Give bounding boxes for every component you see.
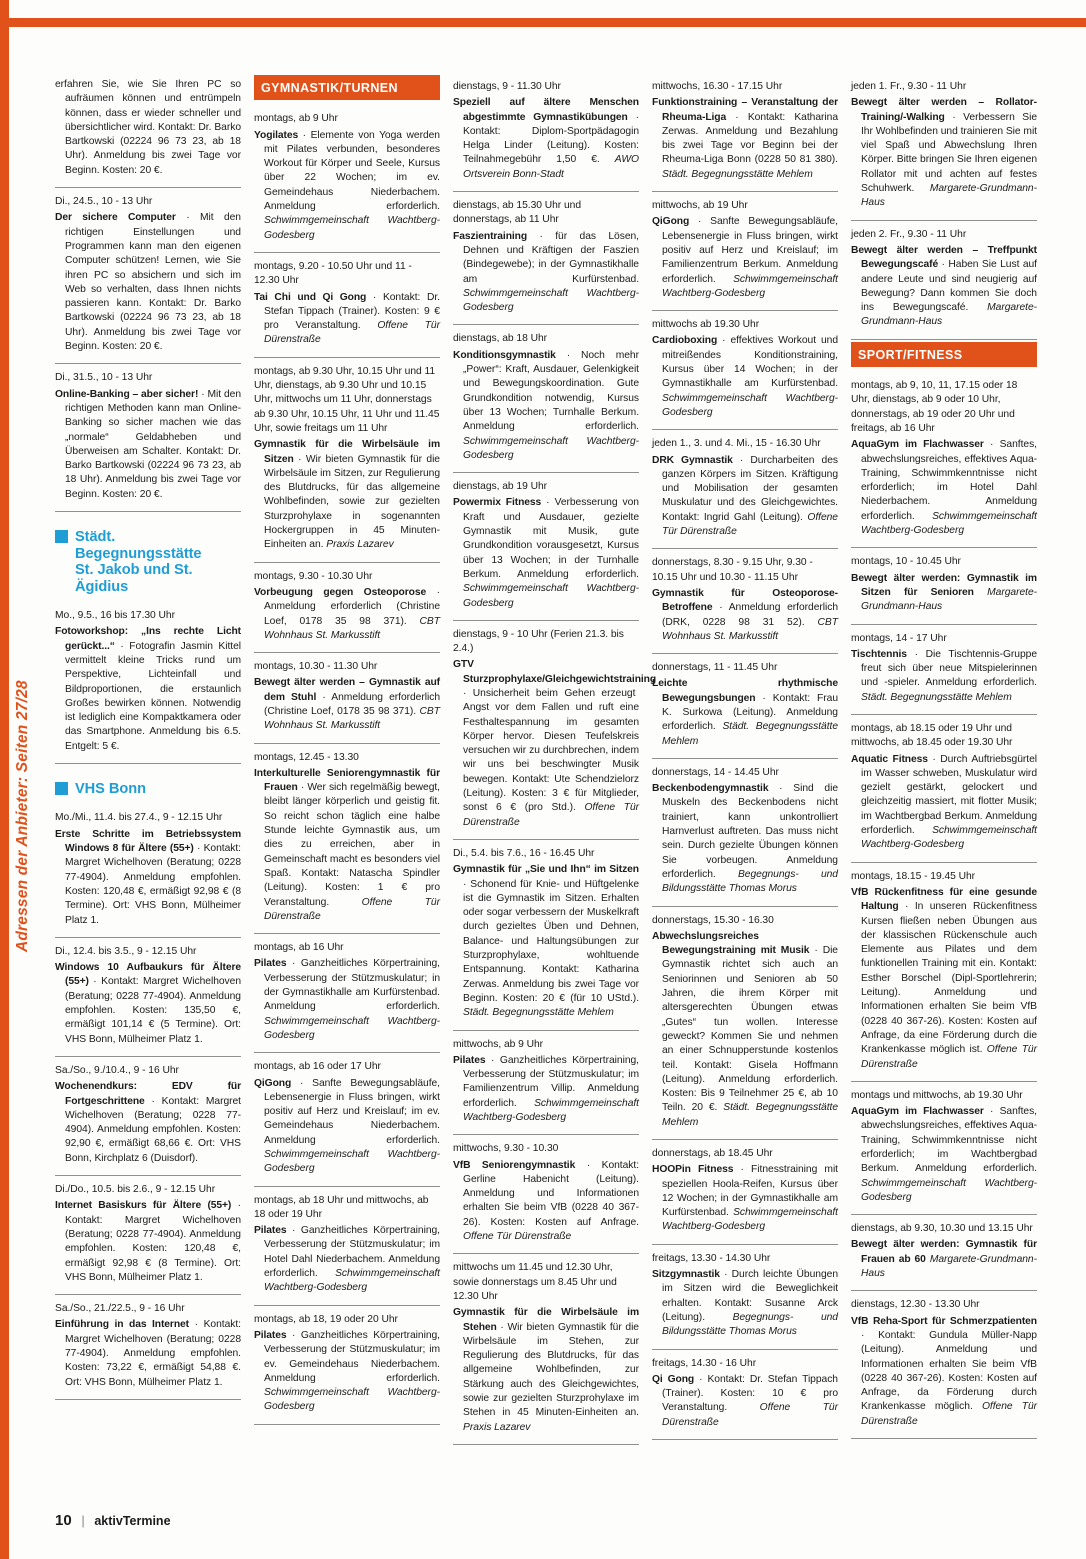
entry-body: · Wir bieten Gymnastik für die Wirbelsäu… xyxy=(463,1322,639,1419)
date-line: montags, ab 16 Uhr xyxy=(254,941,440,955)
entry-title: Pilates xyxy=(254,1225,287,1236)
date-line: Sa./So., 9./10.4., 9 - 16 Uhr xyxy=(55,1064,241,1078)
entry-title: AquaGym im Flachwasser xyxy=(851,1106,984,1117)
date-line: montags, 10 - 10.45 Uhr xyxy=(851,555,1037,569)
entry-paragraph: Speziell auf ältere Menschen abgestimmte… xyxy=(453,96,639,182)
text-column-4: mittwochs, 16.30 - 17.15 UhrFunktionstra… xyxy=(652,73,838,1507)
list-item: montags, ab 16 UhrPilates · Ganzheitlich… xyxy=(254,934,440,1053)
date-line: montags, 12.45 - 13.30 xyxy=(254,751,440,765)
page-top-bar xyxy=(0,18,1086,27)
list-item: Di., 5.4. bis 7.6., 16 - 16.45 UhrGymnas… xyxy=(453,840,639,1031)
date-line: montags, ab 9, 10, 11, 17.15 oder 18 Uhr… xyxy=(851,379,1037,436)
category-header: SPORT/FITNESS xyxy=(851,342,1037,367)
text-column-5: jeden 1. Fr., 9.30 - 11 UhrBewegt älter … xyxy=(851,73,1037,1507)
section-header-label: Städt. Begegnungsstätte St. Jakob und St… xyxy=(75,529,241,595)
entry-paragraph: Faszientraining · für das Lösen, Dehnen … xyxy=(453,230,639,316)
entry-body: · Sanfte Bewegungsabläufe, Lebensenergie… xyxy=(264,1078,440,1146)
entry-title: Einführung in das Internet xyxy=(55,1319,189,1330)
entry-venue: Schwimmgemeinschaft Wachtberg-Godesberg xyxy=(463,288,639,313)
entry-venue: Schwimmgemeinschaft Wachtberg-Godesberg xyxy=(264,1016,440,1041)
entry-paragraph: Cardioboxing · effektives Workout und mi… xyxy=(652,334,838,420)
list-item: montags, 18.15 - 19.45 UhrVfB Rückenfitn… xyxy=(851,863,1037,1082)
entry-paragraph: VfB Rückenfitness für eine gesunde Haltu… xyxy=(851,886,1037,1072)
date-line: Mo./Mi., 11.4. bis 27.4., 9 - 12.15 Uhr xyxy=(55,811,241,825)
entry-body: · Wer sich regelmäßig bewegt, bleibt län… xyxy=(264,782,440,907)
entry-paragraph: AquaGym im Flachwasser · Sanftes, abwech… xyxy=(851,1105,1037,1205)
date-line: montags, ab 16 oder 17 Uhr xyxy=(254,1060,440,1074)
list-item: mittwochs ab 19.30 UhrCardioboxing · eff… xyxy=(652,311,838,430)
list-item: montags, 14 - 17 UhrTischtennis · Die Ti… xyxy=(851,625,1037,715)
text-column-3: dienstags, 9 - 11.30 UhrSpeziell auf ält… xyxy=(453,73,639,1507)
entry-title: Sitzgymnastik xyxy=(652,1269,720,1280)
entry-paragraph: Vorbeugung gegen Osteoporose · Anmeldung… xyxy=(254,586,440,643)
entry-venue: Städt. Begegnungsstätte Mehlem xyxy=(662,169,813,180)
entry-venue: Städt. Begegnungsstätte Mehlem xyxy=(861,692,1012,703)
entry-paragraph: Beckenbodengymnastik · Sind die Muskeln … xyxy=(652,782,838,896)
entry-paragraph: Fotoworkshop: „Ins rechte Licht gerückt.… xyxy=(55,625,241,754)
entry-paragraph: Aquatic Fitness · Durch Auftriebsgürtel … xyxy=(851,753,1037,853)
entry-title: Aquatic Fitness xyxy=(851,754,928,765)
date-line: mittwochs um 11.45 und 12.30 Uhr, sowie … xyxy=(453,1261,639,1304)
entry-body: · Fotografin Jasmin Kittel vermittelt kl… xyxy=(65,641,241,752)
entry-paragraph: Erste Schritte im Betriebssystem Windows… xyxy=(55,828,241,928)
entry-venue: Schwimmgemeinschaft Wachtberg-Godesberg xyxy=(264,215,440,240)
entry-paragraph: GTV Sturzprophylaxe/Gleichgewichtstraini… xyxy=(453,658,639,830)
list-item: donnerstags, ab 18.45 UhrHOOPin Fitness … xyxy=(652,1140,838,1245)
entry-paragraph: Einführung in das Internet · Kontakt: Ma… xyxy=(55,1318,241,1389)
entry-body: · Ganzheitliches Körpertraining, Verbess… xyxy=(264,958,440,1012)
date-line: dienstags, ab 18 Uhr xyxy=(453,332,639,346)
list-item: montags, ab 9, 10, 11, 17.15 oder 18 Uhr… xyxy=(851,372,1037,548)
entry-body: · Verbesserung von Kraft und Ausdauer, g… xyxy=(463,497,639,579)
date-line: donnerstags, 11 - 11.45 Uhr xyxy=(652,661,838,675)
category-header: GYMNASTIK/TURNEN xyxy=(254,75,440,100)
entry-paragraph: Gymnastik für die Wirbelsäule im Stehen … xyxy=(453,1306,639,1435)
list-item: Sa./So., 9./10.4., 9 - 16 UhrWochenendku… xyxy=(55,1057,241,1176)
entry-body: · Kontakt: Margret Wichelhoven (Beratung… xyxy=(65,843,241,925)
list-item: montags, ab 16 oder 17 UhrQiGong · Sanft… xyxy=(254,1053,440,1186)
entry-body: · Ganzheitliches Körpertraining, Verbess… xyxy=(264,1330,440,1384)
list-item: freitags, 14.30 - 16 UhrQi Gong · Kontak… xyxy=(652,1350,838,1440)
list-item: dienstags, ab 15.30 Uhr und donnerstags,… xyxy=(453,192,639,325)
entry-paragraph: Tai Chi und Qi Gong · Kontakt: Dr. Stefa… xyxy=(254,291,440,348)
entry-paragraph: Wochenendkurs: EDV für Fortgeschrittene … xyxy=(55,1080,241,1166)
sidebar-vertical-note: Adressen der Anbieter: Seiten 27/28 xyxy=(14,680,32,952)
entry-title: Powermix Fitness xyxy=(453,497,541,508)
entry-paragraph: Pilates · Ganzheitliches Körpertraining,… xyxy=(254,1224,440,1295)
entry-body: · Kontakt: Margret Wichelhoven (Beratung… xyxy=(65,1200,241,1282)
entry-body: · Sanftes, abwechslungsreiches, effektiv… xyxy=(861,439,1037,521)
entry-venue: Offene Tür Dürenstraße xyxy=(463,1231,571,1242)
list-item: montags und mittwochs, ab 19.30 UhrAquaG… xyxy=(851,1082,1037,1215)
date-line: Di., 31.5., 10 - 13 Uhr xyxy=(55,371,241,385)
entry-paragraph: Windows 10 Aufbaukurs für Ältere (55+) ·… xyxy=(55,961,241,1047)
list-item: Di., 31.5., 10 - 13 UhrOnline-Banking – … xyxy=(55,364,241,512)
entry-paragraph: QiGong · Sanfte Bewegungsabläufe, Lebens… xyxy=(254,1077,440,1177)
entry-title: Qi Gong xyxy=(652,1374,694,1385)
list-item: jeden 1. Fr., 9.30 - 11 UhrBewegt älter … xyxy=(851,73,1037,221)
entry-paragraph: Yogilates · Elemente von Yoga werden mit… xyxy=(254,129,440,243)
list-item: donnerstags, 14 - 14.45 UhrBeckenbodengy… xyxy=(652,759,838,907)
date-line: montags, 9.20 - 10.50 Uhr und 11 - 12.30… xyxy=(254,260,440,289)
list-item: jeden 2. Fr., 9.30 - 11 UhrBewegt älter … xyxy=(851,221,1037,340)
entry-title: Konditionsgymnastik xyxy=(453,350,556,361)
entry-body: · Elemente von Yoga werden mit Pilates v… xyxy=(264,130,440,212)
entry-venue: Schwimmgemeinschaft Wachtberg-Godesberg xyxy=(463,583,639,608)
list-item: montags, ab 18, 19 oder 20 UhrPilates · … xyxy=(254,1306,440,1425)
entry-paragraph: QiGong · Sanfte Bewegungsabläufe, Lebens… xyxy=(652,215,838,301)
date-line: mittwochs, 16.30 - 17.15 Uhr xyxy=(652,80,838,94)
entry-venue: Praxis Lazarev xyxy=(326,539,393,550)
entry-title: Online-Banking – aber sicher! xyxy=(55,389,198,400)
date-line: Di., 12.4. bis 3.5., 9 - 12.15 Uhr xyxy=(55,945,241,959)
entry-body: · Durch Auftriebsgürtel im Wasser schweb… xyxy=(861,754,1037,836)
date-line: jeden 2. Fr., 9.30 - 11 Uhr xyxy=(851,228,1037,242)
date-line: dienstags, ab 9.30, 10.30 und 13.15 Uhr xyxy=(851,1222,1037,1236)
page-left-edge-bar xyxy=(0,0,9,1559)
date-line: montags, ab 9 Uhr xyxy=(254,112,440,126)
entry-paragraph: Sitzgymnastik · Durch leichte Übungen im… xyxy=(652,1268,838,1339)
date-line: Di./Do., 10.5. bis 2.6., 9 - 12.15 Uhr xyxy=(55,1183,241,1197)
entry-body: · Mit den richtigen Methoden kann man On… xyxy=(65,389,241,500)
entry-title: QiGong xyxy=(254,1078,291,1089)
list-item: donnerstags, 8.30 - 9.15 Uhr, 9.30 - 10.… xyxy=(652,549,838,654)
list-item: montags, 12.45 - 13.30Interkulturelle Se… xyxy=(254,744,440,935)
entry-title: Beckenbodengymnastik xyxy=(652,783,768,794)
list-item: montags, ab 18 Uhr und mittwochs, ab 18 … xyxy=(254,1187,440,1306)
date-line: montags, ab 18, 19 oder 20 Uhr xyxy=(254,1313,440,1327)
list-item: mittwochs, 16.30 - 17.15 UhrFunktionstra… xyxy=(652,73,838,192)
list-item: mittwochs, 9.30 - 10.30VfB Seniorengymna… xyxy=(453,1135,639,1254)
entry-paragraph: Pilates · Ganzheitliches Körpertraining,… xyxy=(453,1054,639,1125)
entry-paragraph: HOOPin Fitness · Fitnesstraining mit spe… xyxy=(652,1163,838,1234)
entry-title: VfB Reha-Sport für Schmerzpatienten xyxy=(851,1316,1037,1327)
date-line: montags, 10.30 - 11.30 Uhr xyxy=(254,660,440,674)
date-line: dienstags, ab 19 Uhr xyxy=(453,480,639,494)
footer-separator: | xyxy=(81,1513,84,1528)
entry-body: · Noch mehr „Power“: Kraft, Ausdauer, Ge… xyxy=(463,350,639,432)
entry-body: · Schonend für Knie- und Hüftgelenke ist… xyxy=(463,879,639,1004)
list-item: donnerstags, 15.30 - 16.30Abwechslungsre… xyxy=(652,907,838,1140)
entry-title: Internet Basiskurs für Ältere (55+) xyxy=(55,1200,231,1211)
section-header: VHS Bonn xyxy=(55,781,241,798)
entry-title: Pilates xyxy=(453,1055,486,1066)
date-line: montags, ab 18.15 oder 19 Uhr und mittwo… xyxy=(851,722,1037,751)
date-line: dienstags, ab 15.30 Uhr und donnerstags,… xyxy=(453,199,639,228)
entry-body: · Verbessern Sie Ihr Wohlbefinden und tr… xyxy=(861,112,1037,194)
list-item: erfahren Sie, wie Sie Ihren PC so aufräu… xyxy=(55,73,241,188)
date-line: Sa./So., 21./22.5., 9 - 16 Uhr xyxy=(55,1302,241,1316)
entry-paragraph: Gymnastik für Osteoporose-Betroffene · A… xyxy=(652,587,838,644)
entry-paragraph: Der sichere Computer · Mit den richtigen… xyxy=(55,211,241,354)
text-column-1: erfahren Sie, wie Sie Ihren PC so aufräu… xyxy=(55,73,241,1507)
date-line: montags, ab 18 Uhr und mittwochs, ab 18 … xyxy=(254,1194,440,1223)
entry-paragraph: Leichte rhythmische Bewegungsbungen · Ko… xyxy=(652,677,838,748)
entry-paragraph: Funktionstraining – Veranstaltung der Rh… xyxy=(652,96,838,182)
list-item: mittwochs, ab 19 UhrQiGong · Sanfte Bewe… xyxy=(652,192,838,311)
entry-paragraph: DRK Gymnastik · Durcharbeiten des ganzen… xyxy=(652,454,838,540)
date-line: montags, 14 - 17 Uhr xyxy=(851,632,1037,646)
entry-body: · Kontakt: Margret Wichelhoven (Beratung… xyxy=(65,976,241,1044)
entry-paragraph: Pilates · Ganzheitliches Körpertraining,… xyxy=(254,1329,440,1415)
list-item: Di., 24.5., 10 - 13 UhrDer sichere Compu… xyxy=(55,188,241,364)
date-line: mittwochs, ab 9 Uhr xyxy=(453,1038,639,1052)
entry-title: Gymnastik für „Sie und Ihn“ im Sitzen xyxy=(453,864,639,875)
list-item: montags, 10 - 10.45 UhrBewegt älter werd… xyxy=(851,548,1037,624)
entry-paragraph: Bewegt älter werden: Gymnastik im Sitzen… xyxy=(851,572,1037,615)
entry-paragraph: Tischtennis · Die Tischtennis-Gruppe fre… xyxy=(851,648,1037,705)
list-item: dienstags, 9 - 11.30 UhrSpeziell auf ält… xyxy=(453,73,639,192)
date-line: dienstags, 9 - 10 Uhr (Ferien 21.3. bis … xyxy=(453,628,639,657)
date-line: donnerstags, 14 - 14.45 Uhr xyxy=(652,766,838,780)
entry-body: · Unsicherheit beim Gehen erzeugt Angst … xyxy=(463,688,639,813)
date-line: Di., 5.4. bis 7.6., 16 - 16.45 Uhr xyxy=(453,847,639,861)
entry-paragraph: Bewegt älter werden – Gymnastik auf dem … xyxy=(254,676,440,733)
entry-paragraph: Abwechslungsreiches Bewegungstraining mi… xyxy=(652,930,838,1130)
entry-body: · Sind die Muskeln des Beckenbodens nich… xyxy=(662,783,838,880)
date-line: mittwochs, ab 19 Uhr xyxy=(652,199,838,213)
entry-title: AquaGym im Flachwasser xyxy=(851,439,984,450)
date-line: dienstags, 12.30 - 13.30 Uhr xyxy=(851,1298,1037,1312)
date-line: mittwochs, 9.30 - 10.30 xyxy=(453,1142,639,1156)
list-item: Di., 12.4. bis 3.5., 9 - 12.15 UhrWindow… xyxy=(55,938,241,1057)
entry-venue: Praxis Lazarev xyxy=(463,1422,530,1433)
entry-title: Pilates xyxy=(254,1330,287,1341)
date-line: freitags, 14.30 - 16 Uhr xyxy=(652,1357,838,1371)
date-line: Di., 24.5., 10 - 13 Uhr xyxy=(55,195,241,209)
list-item: Sa./So., 21./22.5., 9 - 16 UhrEinführung… xyxy=(55,1295,241,1400)
date-line: Mo., 9.5., 16 bis 17.30 Uhr xyxy=(55,609,241,623)
list-item: dienstags, ab 19 UhrPowermix Fitness · V… xyxy=(453,473,639,621)
entry-paragraph: Bewegt älter werden: Gymnastik für Fraue… xyxy=(851,1238,1037,1281)
list-item: mittwochs, ab 9 UhrPilates · Ganzheitlic… xyxy=(453,1031,639,1136)
date-line: freitags, 13.30 - 14.30 Uhr xyxy=(652,1252,838,1266)
columns-container: erfahren Sie, wie Sie Ihren PC so aufräu… xyxy=(55,73,1040,1507)
entry-paragraph: AquaGym im Flachwasser · Sanftes, abwech… xyxy=(851,438,1037,538)
date-line: montags und mittwochs, ab 19.30 Uhr xyxy=(851,1089,1037,1103)
entry-body: · Mit den richtigen Einstellungen und Pr… xyxy=(65,212,241,352)
entry-paragraph: Gymnastik für die Wirbelsäule im Sitzen … xyxy=(254,438,440,552)
list-item: montags, 9.20 - 10.50 Uhr und 11 - 12.30… xyxy=(254,253,440,358)
entry-title: HOOPin Fitness xyxy=(652,1164,733,1175)
entry-title: Yogilates xyxy=(254,130,298,141)
entry-body: · In unseren Rückenfitness Kursen fließe… xyxy=(861,901,1037,1055)
list-item: dienstags, ab 18 UhrKonditionsgymnastik … xyxy=(453,325,639,473)
list-item: freitags, 13.30 - 14.30 UhrSitzgymnastik… xyxy=(652,1245,838,1350)
entry-title: Der sichere Computer xyxy=(55,212,176,223)
list-item: dienstags, ab 9.30, 10.30 und 13.15 UhrB… xyxy=(851,1215,1037,1291)
footer-page-number: 10 xyxy=(55,1512,72,1529)
list-item: montags, ab 9 UhrYogilates · Elemente vo… xyxy=(254,105,440,253)
date-line: mittwochs ab 19.30 Uhr xyxy=(652,318,838,332)
entry-paragraph: VfB Seniorengymnastik · Kontakt: Gerline… xyxy=(453,1159,639,1245)
entry-title: Vorbeugung gegen Osteoporose xyxy=(254,587,426,598)
text-column-2: GYMNASTIK/TURNENmontags, ab 9 UhrYogilat… xyxy=(254,73,440,1507)
section-header: Städt. Begegnungsstätte St. Jakob und St… xyxy=(55,529,241,595)
entry-paragraph: Interkulturelle Seniorengymnastik für Fr… xyxy=(254,767,440,924)
entry-title: GTV Sturzprophylaxe/Gleichgewichtstraini… xyxy=(453,659,656,684)
entry-venue: Schwimmgemeinschaft Wachtberg-Godesberg xyxy=(861,1178,1037,1203)
entry-venue: Schwimmgemeinschaft Wachtberg-Godesberg xyxy=(264,1149,440,1174)
list-item: donnerstags, 11 - 11.45 UhrLeichte rhyth… xyxy=(652,654,838,759)
entry-title: Tai Chi und Qi Gong xyxy=(254,292,366,303)
date-line: montags, 9.30 - 10.30 Uhr xyxy=(254,570,440,584)
section-bullet-icon xyxy=(55,530,68,543)
date-line: jeden 1. Fr., 9.30 - 11 Uhr xyxy=(851,80,1037,94)
date-line: montags, ab 9.30 Uhr, 10.15 Uhr und 11 U… xyxy=(254,365,440,436)
list-item: dienstags, 12.30 - 13.30 UhrVfB Reha-Spo… xyxy=(851,1291,1037,1439)
date-line: donnerstags, ab 18.45 Uhr xyxy=(652,1147,838,1161)
entry-title: Cardioboxing xyxy=(652,335,717,346)
entry-paragraph: Konditionsgymnastik · Noch mehr „Power“:… xyxy=(453,349,639,463)
entry-paragraph: erfahren Sie, wie Sie Ihren PC so aufräu… xyxy=(55,78,241,178)
entry-paragraph: Bewegt älter werden – Rollator-Training/… xyxy=(851,96,1037,210)
entry-paragraph: Bewegt älter werden – Treffpunkt Bewegun… xyxy=(851,244,1037,330)
entry-body: · Die Gymnastik richtet sich auch an Sen… xyxy=(662,945,838,1113)
date-line: donnerstags, 15.30 - 16.30 xyxy=(652,914,838,928)
entry-venue: Schwimmgemeinschaft Wachtberg-Godesberg xyxy=(463,436,639,461)
page-footer: 10 | aktivTermine xyxy=(55,1512,171,1529)
entry-body: erfahren Sie, wie Sie Ihren PC so aufräu… xyxy=(55,79,241,176)
list-item: jeden 1., 3. und 4. Mi., 15 - 16.30 UhrD… xyxy=(652,430,838,549)
entry-paragraph: Pilates · Ganzheitliches Körpertraining,… xyxy=(254,957,440,1043)
list-item: Di./Do., 10.5. bis 2.6., 9 - 12.15 UhrIn… xyxy=(55,1176,241,1295)
entry-paragraph: Powermix Fitness · Verbesserung von Kraf… xyxy=(453,496,639,610)
entry-paragraph: Internet Basiskurs für Ältere (55+) · Ko… xyxy=(55,1199,241,1285)
list-item: Mo., 9.5., 16 bis 17.30 UhrFotoworkshop:… xyxy=(55,602,241,764)
list-item: Mo./Mi., 11.4. bis 27.4., 9 - 12.15 UhrE… xyxy=(55,804,241,937)
entry-body xyxy=(974,587,987,598)
date-line: dienstags, 9 - 11.30 Uhr xyxy=(453,80,639,94)
entry-title: Speziell auf ältere Menschen abgestimmte… xyxy=(453,97,639,122)
date-line: jeden 1., 3. und 4. Mi., 15 - 16.30 Uhr xyxy=(652,437,838,451)
entry-title: QiGong xyxy=(652,216,689,227)
section-bullet-icon xyxy=(55,782,68,795)
entry-venue: Schwimmgemeinschaft Wachtberg-Godesberg xyxy=(264,1387,440,1412)
entry-paragraph: Qi Gong · Kontakt: Dr. Stefan Tippach (T… xyxy=(652,1373,838,1430)
list-item: montags, ab 18.15 oder 19 Uhr und mittwo… xyxy=(851,715,1037,863)
entry-body: · Wir bieten Gymnastik für die Wirbelsäu… xyxy=(264,454,440,551)
entry-paragraph: Gymnastik für „Sie und Ihn“ im Sitzen · … xyxy=(453,863,639,1020)
entry-venue: Schwimmgemeinschaft Wachtberg-Godesberg xyxy=(662,393,838,418)
entry-title: Abwechslungsreiches Bewegungstraining mi… xyxy=(652,931,809,956)
entry-title: Faszientraining xyxy=(453,231,527,242)
list-item: montags, ab 9.30 Uhr, 10.15 Uhr und 11 U… xyxy=(254,358,440,563)
entry-title: Pilates xyxy=(254,958,287,969)
section-header-label: VHS Bonn xyxy=(75,781,146,798)
entry-title: DRK Gymnastik xyxy=(652,455,733,466)
list-item: dienstags, 9 - 10 Uhr (Ferien 21.3. bis … xyxy=(453,621,639,840)
list-item: mittwochs um 11.45 und 12.30 Uhr, sowie … xyxy=(453,1254,639,1445)
list-item: montags, 9.30 - 10.30 UhrVorbeugung gege… xyxy=(254,563,440,653)
date-line: montags, 18.15 - 19.45 Uhr xyxy=(851,870,1037,884)
entry-title: VfB Seniorengymnastik xyxy=(453,1160,575,1171)
footer-magazine-name: aktivTermine xyxy=(94,1514,170,1528)
entry-venue: Städt. Begegnungsstätte Mehlem xyxy=(463,1007,614,1018)
entry-paragraph: Online-Banking – aber sicher! · Mit den … xyxy=(55,388,241,502)
list-item: montags, 10.30 - 11.30 UhrBewegt älter w… xyxy=(254,653,440,743)
entry-paragraph: VfB Reha-Sport für Schmerzpatienten · Ko… xyxy=(851,1315,1037,1429)
entry-title: Tischtennis xyxy=(851,649,907,660)
date-line: donnerstags, 8.30 - 9.15 Uhr, 9.30 - 10.… xyxy=(652,556,838,585)
